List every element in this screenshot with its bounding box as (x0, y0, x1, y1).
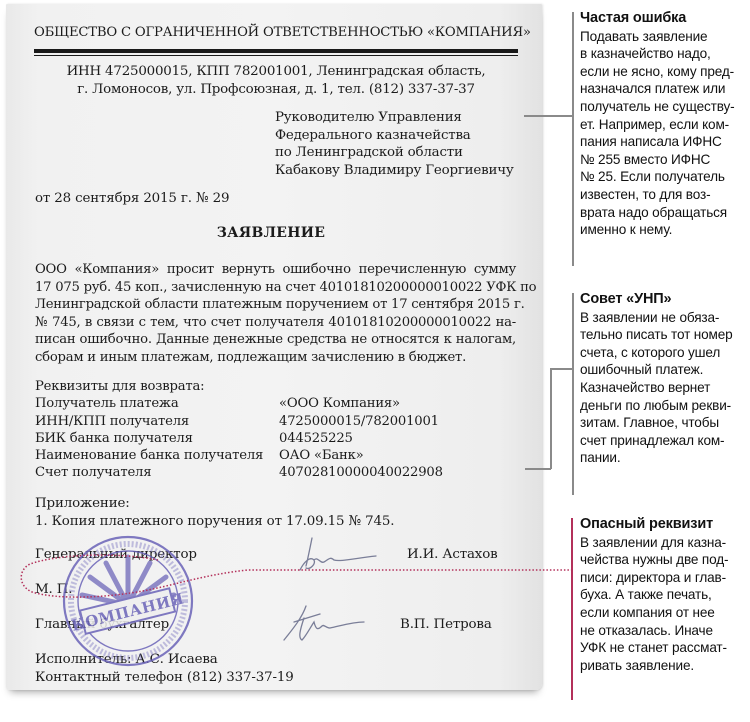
accountant-name: В.П. Петрова (400, 617, 492, 632)
annotation-dangerous-requisite: Опасный реквизит В заявлении для казна- … (580, 516, 750, 674)
body-line: сборам и иным платежам, подлежащим зачис… (35, 349, 516, 367)
connector-line (550, 368, 552, 469)
requisite-value: ОАО «Банк» (279, 447, 364, 464)
requisite-value: «ООО Компания» (279, 395, 400, 412)
requisite-label: ИНН/КПП получателя (35, 414, 189, 429)
requisites-heading: Реквизиты для возврата: (35, 378, 263, 395)
annotation-heading: Совет «УНП» (580, 291, 750, 309)
organization-name: ОБЩЕСТВО С ОГРАНИЧЕННОЙ ОТВЕТСТВЕННОСТЬЮ… (34, 25, 518, 40)
requisite-label: Наименование банка получателя (35, 448, 263, 463)
annotation-heading: Частая ошибка (580, 10, 750, 28)
requisite-value: 4725000015/782001001 (279, 413, 439, 430)
body-paragraph: ООО «Компания» просит вернуть ошибочно п… (35, 261, 516, 367)
header-divider (34, 49, 518, 53)
document: ОБЩЕСТВО С ОГРАНИЧЕННОЙ ОТВЕТСТВЕННОСТЬЮ… (0, 0, 542, 722)
organization-details: ИНН 4725000015, КПП 782001001, Ленинград… (34, 63, 518, 99)
annotation-bar-red (571, 518, 573, 700)
annotation-text: В заявлении не обяза- тельно писать тот … (580, 309, 750, 467)
date-number: от 28 сентября 2015 г. № 29 (35, 191, 229, 206)
accountant-signature-icon (280, 600, 380, 650)
annotation-text: В заявлении для казна- чейства нужны две… (580, 534, 750, 675)
requisite-value: 40702810000040022908 (279, 464, 443, 481)
annotation-unp-tip: Совет «УНП» В заявлении не обяза- тельно… (580, 291, 750, 467)
requisite-row: ИНН/КПП получателя 4725000015/782001001 (35, 413, 263, 430)
body-line: 17 075 руб. 45 коп., зачисленную на счет… (35, 279, 516, 297)
annotation-bar (572, 293, 574, 495)
annotation-text: Подавать заявление в казначейство надо, … (580, 28, 750, 239)
requisite-row: БИК банка получателя 044525225 (35, 430, 263, 447)
requisite-label: Счет получателя (35, 465, 151, 480)
org-details-line-2: г. Ломоносов, ул. Профсоюзная, д. 1, тел… (34, 81, 518, 99)
addressee-line: Кабакову Владимиру Георгиевичу (275, 162, 514, 180)
requisites-block: Реквизиты для возврата: Получатель плате… (35, 378, 263, 482)
body-line: писан ошибочно. Данные денежные средства… (35, 331, 516, 349)
contact-phone: Контактный телефон (812) 337-37-19 (35, 670, 294, 685)
addressee-line: по Ленинградской области (275, 144, 514, 162)
addressee-line: Руководителю Управления (275, 109, 514, 127)
connector-line (550, 368, 573, 370)
body-line: Ленинградской области платежным поручени… (35, 296, 516, 314)
requisite-value: 044525225 (279, 430, 353, 447)
annotation-common-mistake: Частая ошибка Подавать заявление в казна… (580, 10, 750, 239)
requisite-row: Наименование банка получателя ОАО «Банк» (35, 447, 263, 464)
addressee-line: Федерального казначейства (275, 127, 514, 145)
requisite-row: Получатель платежа «ООО Компания» (35, 395, 263, 412)
attachment-heading: Приложение: (35, 496, 130, 511)
annotation-heading: Опасный реквизит (580, 516, 750, 534)
annotation-bar (572, 12, 574, 266)
body-line: № 745, в связи с тем, что счет получател… (35, 314, 516, 332)
requisite-label: Получатель платежа (35, 396, 179, 411)
body-line: ООО «Компания» просит вернуть ошибочно п… (35, 261, 516, 279)
addressee-block: Руководителю Управления Федерального каз… (275, 109, 514, 179)
connector-line (525, 468, 551, 470)
attachment-item: 1. Копия платежного поручения от 17.09.1… (35, 514, 394, 529)
requisite-row: Счет получателя 40702810000040022908 (35, 464, 263, 481)
org-details-line-1: ИНН 4725000015, КПП 782001001, Ленинград… (34, 63, 518, 81)
seal-highlight-leader (18, 550, 573, 600)
document-title: ЗАЯВЛЕНИЕ (0, 225, 542, 241)
connector-line (524, 115, 573, 117)
requisite-label: БИК банка получателя (35, 431, 193, 446)
